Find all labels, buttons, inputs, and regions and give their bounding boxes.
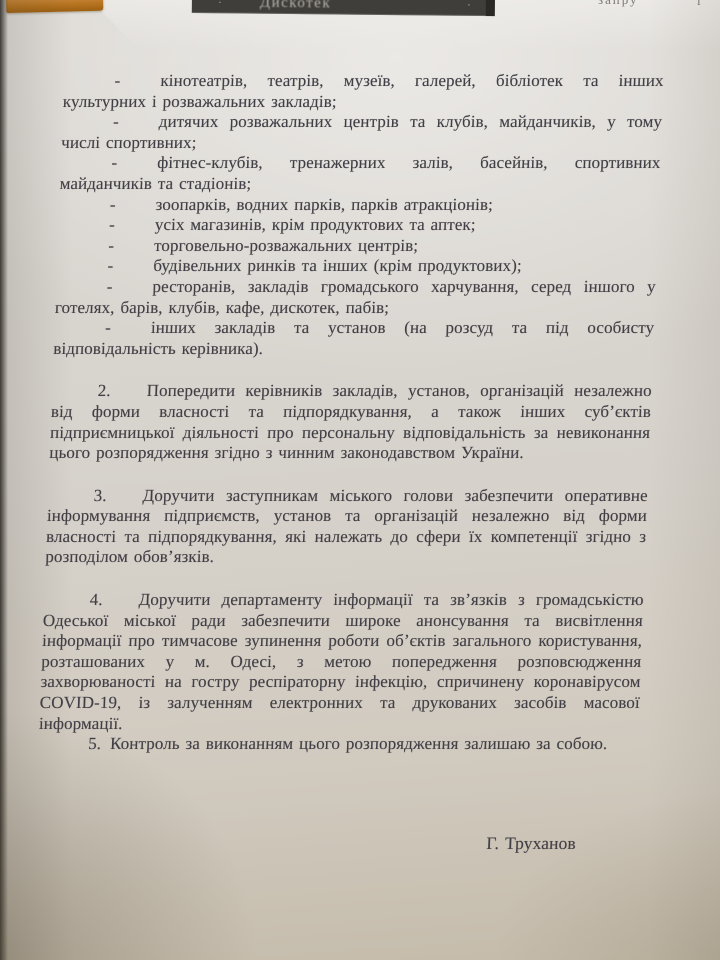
numbered-paragraph: 2.Попередити керівників закладів, устано… (49, 381, 652, 463)
list-item: -дитячих розважальних центрів та клубів,… (61, 112, 663, 153)
top-right-mark: і (697, 0, 709, 7)
bullet-dash: - (113, 112, 119, 131)
top-right-mark-wrap: і (697, 0, 709, 7)
bullet-dash: - (108, 236, 114, 255)
paragraph-text: Доручити департаменту інформації та зв’я… (39, 590, 644, 733)
paragraph-text: Контроль за виконанням цього розпоряджен… (110, 734, 608, 753)
paragraph-number: 4. (89, 590, 103, 609)
list-item-text: зоопарків, водних парків, парків атракці… (155, 195, 493, 214)
list-item: -торговельно-розважальних центрів; (57, 236, 658, 257)
list-item-text: ресторанів, закладів громадського харчув… (55, 277, 657, 317)
document-body: -кінотеатрів, театрів, музеїв, галерей, … (34, 71, 664, 853)
list-item: -зоопарків, водних парків, парків атракц… (58, 195, 659, 216)
list-item: -будівельних ринків та інших (крім проду… (56, 256, 657, 277)
list-item: -ресторанів, закладів громадського харчу… (55, 277, 657, 318)
top-right-cutoff-text-wrap: запру (598, 0, 660, 8)
bullet-dash: - (107, 256, 113, 275)
top-right-cutoff-text: запру (598, 0, 660, 8)
paragraph-number: 2. (97, 381, 111, 400)
closure-list: -кінотеатрів, театрів, музеїв, галерей, … (53, 71, 664, 359)
numbered-paragraph: 3.Доручити заступникам міського голови з… (45, 486, 648, 568)
paragraph-text: Попередити керівників закладів, установ,… (49, 381, 652, 462)
control-paragraph: 5.Контроль за виконанням цього розпорядж… (38, 734, 639, 755)
photo-left-shadow (0, 0, 8, 960)
list-item: -фітнес-клубів, тренажерних залів, басей… (59, 153, 661, 194)
previous-page-cutoff-text: Дискотек (260, 0, 331, 12)
list-item: -усіх магазинів, крім продуктових та апт… (58, 215, 659, 236)
signature-name: Г. Труханов (486, 833, 635, 854)
band-right-dot: · (467, 0, 471, 13)
list-item-text: інших закладів та установ (на розсуд та … (53, 318, 655, 358)
numbered-paragraphs: 2.Попередити керівників закладів, устано… (39, 381, 653, 734)
bullet-dash: - (111, 153, 117, 172)
band-left-dot: · (218, 0, 222, 10)
list-item-text: кінотеатрів, театрів, музеїв, галерей, б… (62, 71, 664, 111)
list-item-text: фітнес-клубів, тренажерних залів, басейн… (59, 153, 661, 193)
list-item-text: будівельних ринків та інших (крім продук… (153, 256, 522, 275)
numbered-paragraph: 4.Доручити департаменту інформації та зв… (39, 590, 645, 734)
bullet-dash: - (106, 277, 112, 296)
list-item-text: усіх магазинів, крім продуктових та апте… (154, 215, 475, 234)
list-item: -інших закладів та установ (на розсуд та… (53, 318, 655, 359)
bullet-dash: - (114, 71, 120, 90)
paragraph-number: 3. (93, 486, 107, 505)
bullet-dash: - (110, 195, 116, 214)
bullet-dash: - (105, 318, 111, 337)
paragraph-text: Доручити заступникам міського голови заб… (45, 486, 648, 567)
paragraph-number: 5. (88, 734, 102, 753)
list-item-text: торговельно-розважальних центрів; (154, 236, 419, 255)
bullet-dash: - (109, 215, 115, 234)
table-surface-strip (6, 0, 103, 13)
list-item-text: дитячих розважальних центрів та клубів, … (61, 112, 663, 152)
document-photo: · Дискотек · запру і -кінотеатрів, театр… (0, 0, 720, 960)
list-item: -кінотеатрів, театрів, музеїв, галерей, … (62, 71, 664, 112)
